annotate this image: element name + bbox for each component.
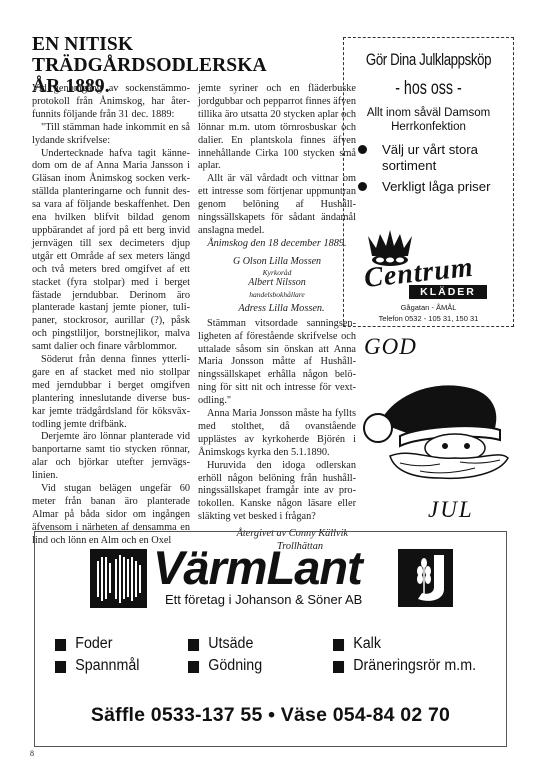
headline-line-1: EN NITISK TRÄDGÅRDSODLERSKA bbox=[32, 34, 342, 76]
klader-label: KLÄDER bbox=[409, 285, 487, 299]
signature-title: handelsbokhållare bbox=[198, 290, 356, 299]
square-bullet-icon bbox=[55, 661, 66, 673]
paragraph: Söderut från denna finnes ytterli­gare e… bbox=[32, 354, 190, 431]
ad-description: Allt inom såväl Dam­som Herrkonfektion bbox=[344, 106, 513, 134]
product-item: Dräneringsrör m.m. bbox=[333, 657, 476, 675]
article-column-2: jemte syriner och en fläderbuske jordgub… bbox=[198, 83, 356, 554]
signature-block: G Olson Lilla Mossen Kyrkoråd Albert Nil… bbox=[198, 256, 356, 299]
square-bullet-icon bbox=[333, 639, 344, 651]
ad-slogan: Gör Dina Julklappsköp bbox=[363, 50, 495, 70]
product-item: Utsäde bbox=[188, 635, 253, 653]
square-bullet-icon bbox=[188, 639, 199, 651]
date-line: Ånimskog den 18 december 1889. bbox=[198, 238, 356, 251]
bullet-dot-icon bbox=[358, 145, 367, 154]
address-line: Adress Lilla Mossen. bbox=[198, 303, 356, 316]
paragraph: "Till stämman hade inkommit en så lydand… bbox=[32, 122, 190, 148]
ad-bullet: Verkligt låga priser bbox=[358, 179, 513, 195]
varmlant-subtitle: Ett företag i Johanson & Söner AB bbox=[165, 592, 362, 607]
paragraph: Undertecknade hafva tagit känne­dom om d… bbox=[32, 148, 190, 355]
store-phone: Telefon 0532 - 105 31, 150 31 bbox=[344, 314, 513, 323]
varmlant-logo-text: VärmLant bbox=[153, 543, 362, 593]
ad-bullet-list: Välj ur vårt stora sortiment Verkligt lå… bbox=[358, 142, 513, 195]
santa-claus-illustration bbox=[360, 368, 510, 483]
product-item: Gödning bbox=[188, 657, 262, 675]
bullet-dot-icon bbox=[358, 182, 367, 191]
greeting-jul: JUL bbox=[428, 497, 474, 523]
paragraph: Huruvida den idoga odlerskan erhöll någo… bbox=[198, 460, 356, 525]
product-item: Kalk bbox=[333, 635, 381, 653]
signature-name: G Olson Lilla Mossen bbox=[198, 256, 356, 269]
varmlant-emblem-icon bbox=[90, 549, 147, 608]
paragraph: Allt är väl vårdadt och vittnar om ett i… bbox=[198, 173, 356, 238]
store-address: Gågatan - ÅMÅL bbox=[344, 303, 513, 312]
paragraph: Derjemte äro lönnar planterade vid banpo… bbox=[32, 431, 190, 483]
square-bullet-icon bbox=[55, 639, 66, 651]
ad-bullet: Välj ur vårt stora sortiment bbox=[358, 142, 513, 173]
paragraph: Anna Maria Jonsson måste ha fyllts med s… bbox=[198, 408, 356, 460]
page-number: 8 bbox=[30, 749, 34, 758]
johanson-wheat-logo-icon bbox=[398, 549, 453, 607]
paragraph: Stämman vitsordade sanningsen­ligheten a… bbox=[198, 318, 356, 408]
varmlant-advertisement: VärmLant Ett företag i Johanson & Söner … bbox=[34, 531, 507, 747]
paragraph: jemte syriner och en fläderbuske jordgub… bbox=[198, 83, 356, 173]
signature-name: Albert Nilsson bbox=[198, 277, 356, 290]
product-item: Foder bbox=[55, 635, 113, 653]
ad-slogan-sub: - hos oss - bbox=[365, 78, 492, 100]
centrum-advertisement: Gör Dina Julklappsköp - hos oss - Allt i… bbox=[343, 37, 514, 327]
varmlant-phone-numbers: Säffle 0533-137 55 • Väse 054-84 02 70 bbox=[35, 704, 506, 727]
product-item: Spannmål bbox=[55, 657, 139, 675]
article-column-1: Vid genomgång av sockenstämmo­protokoll … bbox=[32, 83, 190, 548]
paragraph: Vid genomgång av sockenstämmo­protokoll … bbox=[32, 83, 190, 122]
square-bullet-icon bbox=[333, 661, 344, 673]
square-bullet-icon bbox=[188, 661, 199, 673]
greeting-god: GOD bbox=[364, 334, 417, 360]
signature-title: Kyrkoråd bbox=[198, 268, 356, 277]
